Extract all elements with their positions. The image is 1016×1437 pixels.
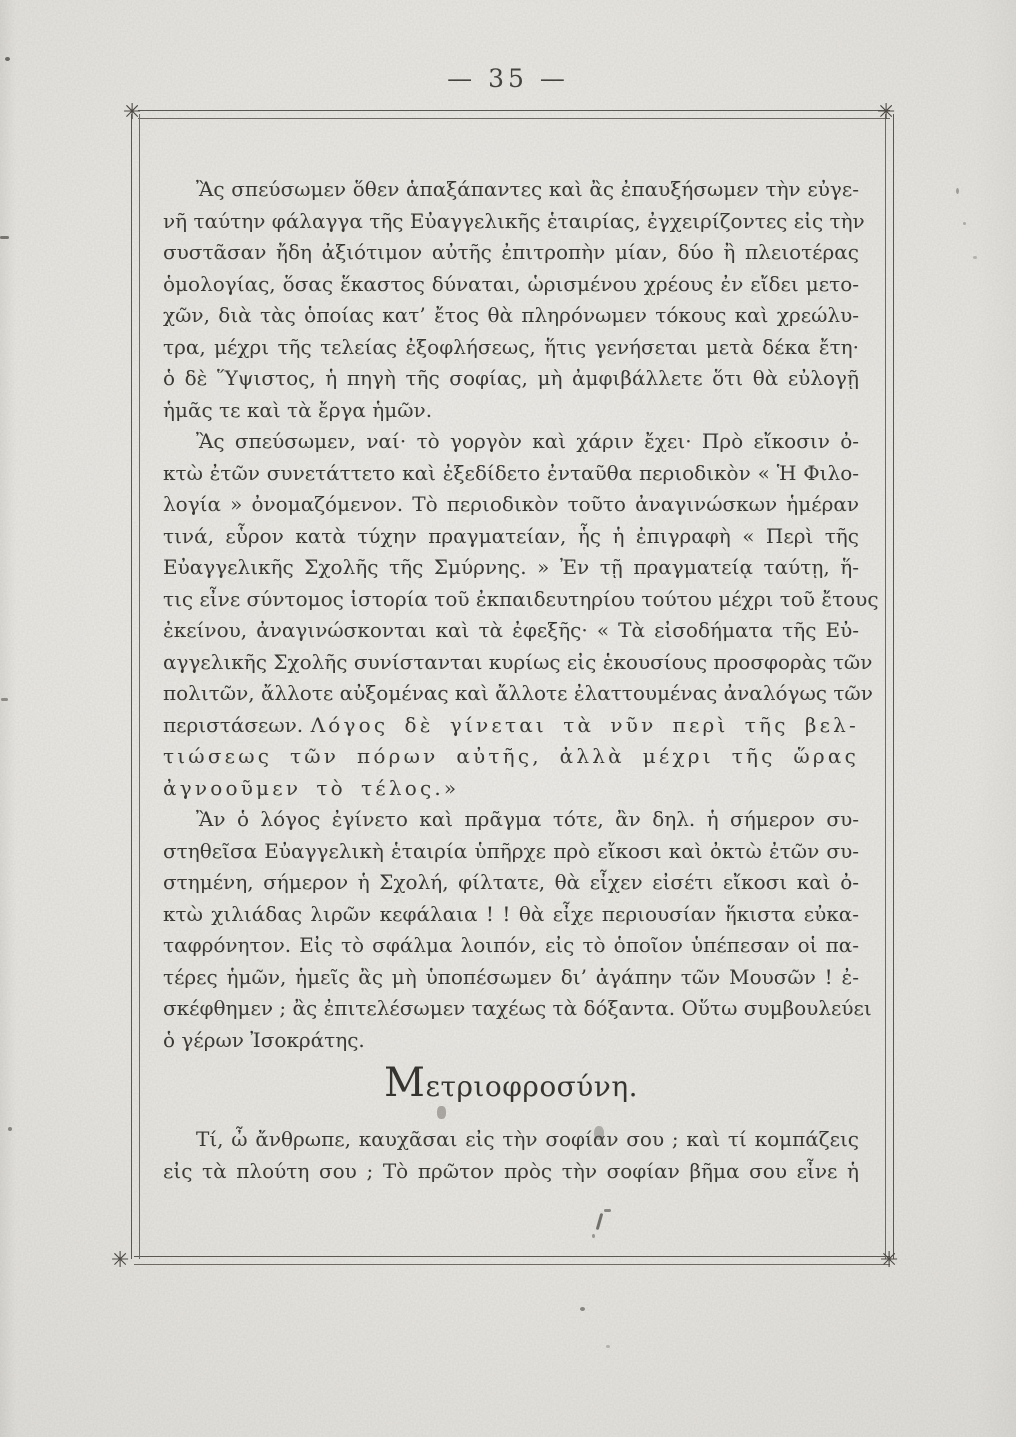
text-line: ἐκείνου, ἀναγινώσκονται καὶ τὰ ἐφεξῆς· «… bbox=[163, 615, 859, 647]
text-line: κτὼ χιλιάδας λιρῶν κεφάλαια ! ! θὰ εἶχε … bbox=[163, 899, 859, 931]
text-segment: Ἂς σπεύσωμεν, ναί· τὸ γοργὸν καὶ χάριν ἔ… bbox=[196, 429, 859, 453]
asterisk-ornament-icon: ✳ bbox=[877, 102, 895, 124]
text-line: στηθεῖσα Εὐαγγελικὴ ἑταιρία ὑπῆρχε πρὸ ε… bbox=[163, 836, 859, 868]
ink-speck bbox=[580, 1307, 585, 1311]
text-segment: ἡμᾶς τε καὶ τὰ ἔργα ἡμῶν. bbox=[163, 398, 432, 422]
text-segment: ὁ δὲ Ὕψιστος, ἡ πηγὴ τῆς σοφίας, μὴ ἀμφι… bbox=[163, 366, 859, 390]
text-line: Ἂν ὁ λόγος ἐγίνετο καὶ πρᾶγμα τότε, ἂν δ… bbox=[163, 804, 859, 836]
text-segment: τινά, εὗρον κατὰ τύχην πραγματείαν, ἧς ἡ… bbox=[163, 524, 859, 548]
asterisk-ornament-icon: ✳ bbox=[123, 102, 141, 124]
ink-speck bbox=[606, 1345, 610, 1348]
text-segment: χῶν, διὰ τὰς ὁποίας κατ’ ἔτος θὰ πληρόνω… bbox=[163, 303, 859, 327]
text-segment: στημένη, σήμερον ἡ Σχολή, φίλτατε, θὰ εἶ… bbox=[163, 870, 859, 894]
text-segment: κτὼ χιλιάδας λιρῶν κεφάλαια ! ! θὰ εἶχε … bbox=[163, 902, 859, 926]
text-segment: ὁμολογίας, ὅσας ἕκαστος δύναται, ὡρισμέν… bbox=[163, 272, 859, 296]
text-segment: λογία » ὀνομαζόμενον. Τὸ περιοδικὸν τοῦτ… bbox=[163, 492, 859, 516]
text-line: ταφρόνητον. Εἰς τὸ σφάλμα λοιπόν, εἰς τὸ… bbox=[163, 930, 859, 962]
text-line: στημένη, σήμερον ἡ Σχολή, φίλτατε, θὰ εἶ… bbox=[163, 867, 859, 899]
text-line: εἰς τὰ πλούτη σου ; Τὸ πρῶτον πρὸς τὴν σ… bbox=[163, 1156, 859, 1188]
text-segment: περιστάσεων. bbox=[163, 713, 311, 737]
text-segment: στηθεῖσα Εὐαγγελικὴ ἑταιρία ὑπῆρχε πρὸ ε… bbox=[163, 839, 859, 863]
text-line: αγγελικῆς Σχολῆς συνίστανται κυρίως εἰς … bbox=[163, 647, 859, 679]
text-line: ἡμᾶς τε καὶ τὰ ἔργα ἡμῶν. bbox=[163, 395, 859, 427]
text-line: πολιτῶν, ἄλλοτε αὐξομένας καὶ ἄλλοτε ἐλα… bbox=[163, 678, 859, 710]
section-heading: Μετριοφροσύνη. bbox=[163, 1060, 859, 1110]
border-right-rule bbox=[885, 114, 894, 1259]
text-segment: Ἂς σπεύσωμεν ὅθεν ἁπαξάπαντες καὶ ἂς ἐπα… bbox=[196, 177, 859, 201]
text-line: τέρες ἡμῶν, ἡμεῖς ἂς μὴ ὑποπέσωμεν δι’ ἀ… bbox=[163, 962, 859, 994]
text-line: κτὼ ἐτῶν συνετάττετο καὶ ἐξεδίδετο ἐνταῦ… bbox=[163, 458, 859, 490]
ink-smudge bbox=[596, 1213, 604, 1230]
text-line: Ἂς σπεύσωμεν, ναί· τὸ γοργὸν καὶ χάριν ἔ… bbox=[163, 426, 859, 458]
border-bottom-rule bbox=[134, 1256, 890, 1265]
text-segment: τις εἶνε σύντομος ἱστορία τοῦ ἐκπαιδευτη… bbox=[163, 587, 879, 611]
text-segment: νῆ ταύτην φάλαγγα τῆς Εὐαγγελικῆς ἑταιρί… bbox=[163, 209, 865, 233]
text-line: σκέφθημεν ; ἂς ἐπιτελέσωμεν ταχέως τὰ δό… bbox=[163, 993, 859, 1025]
text-segment: ἐκείνου, ἀναγινώσκονται καὶ τὰ ἐφεξῆς· «… bbox=[163, 618, 859, 642]
ink-speck bbox=[0, 236, 9, 239]
text-line: Εὐαγγελικῆς Σχολῆς τῆς Σμύρνης. » Ἐν τῇ … bbox=[163, 552, 859, 584]
text-line: νῆ ταύτην φάλαγγα τῆς Εὐαγγελικῆς ἑταιρί… bbox=[163, 206, 859, 238]
scanned-book-page: — 35 — ✳ ✳ ✳ ✳ Ἂς σπεύσωμεν ὅθεν ἁπαξάπα… bbox=[0, 0, 1016, 1437]
text-segment: Τί, ὦ ἄνθρωπε, καυχᾶσαι εἰς τὴν σοφίαν σ… bbox=[196, 1127, 859, 1151]
text-line: ὁ γέρων Ἰσοκράτης. bbox=[163, 1025, 859, 1057]
page-number: — 35 — bbox=[0, 64, 1016, 93]
text-line: τιώσεως τῶν πόρων αὐτῆς, ἀλλὰ μέχρι τῆς … bbox=[163, 741, 859, 773]
emphasized-text-segment: τιώσεως τῶν πόρων αὐτῆς, ἀλλὰ μέχρι τῆς … bbox=[163, 744, 859, 768]
text-segment: τέρες ἡμῶν, ἡμεῖς ἂς μὴ ὑποπέσωμεν δι’ ἀ… bbox=[163, 965, 859, 989]
text-line: τρα, μέχρι τῆς τελείας ἐξοφλήσεως, ἥτις … bbox=[163, 332, 859, 364]
text-segment: αγγελικῆς Σχολῆς συνίστανται κυρίως εἰς … bbox=[163, 650, 872, 674]
ink-speck bbox=[956, 188, 959, 194]
text-segment: κτὼ ἐτῶν συνετάττετο καὶ ἐξεδίδετο ἐνταῦ… bbox=[163, 461, 859, 485]
text-segment: συστᾶσαν ἤδη ἀξιότιμον αὐτῆς ἐπιτροπὴν μ… bbox=[163, 240, 859, 264]
ink-smudge bbox=[604, 1209, 611, 1212]
text-column: Ἂς σπεύσωμεν ὅθεν ἁπαξάπαντες καὶ ἂς ἐπα… bbox=[163, 174, 859, 1187]
text-line: περιστάσεων. Λόγος δὲ γίνεται τὰ νῦν περ… bbox=[163, 710, 859, 742]
ink-speck bbox=[592, 1234, 595, 1238]
border-left-rule bbox=[131, 114, 140, 1259]
text-segment: εἰς τὰ πλούτη σου ; Τὸ πρῶτον πρὸς τὴν σ… bbox=[163, 1159, 859, 1183]
emphasized-text-segment: Λόγος δὲ γίνεται τὰ νῦν περὶ τῆς βελ- bbox=[311, 713, 859, 737]
emphasized-text-segment: ἀγνοοῦμεν τὸ τέλος.» bbox=[163, 776, 459, 800]
text-line: Τί, ὦ ἄνθρωπε, καυχᾶσαι εἰς τὴν σοφίαν σ… bbox=[163, 1124, 859, 1156]
text-segment: τρα, μέχρι τῆς τελείας ἐξοφλήσεως, ἥτις … bbox=[163, 335, 859, 359]
text-line: ἀγνοοῦμεν τὸ τέλος.» bbox=[163, 773, 859, 805]
text-line: συστᾶσαν ἤδη ἀξιότιμον αὐτῆς ἐπιτροπὴν μ… bbox=[163, 237, 859, 269]
text-line: τις εἶνε σύντομος ἱστορία τοῦ ἐκπαιδευτη… bbox=[163, 584, 859, 616]
text-line: χῶν, διὰ τὰς ὁποίας κατ’ ἔτος θὰ πληρόνω… bbox=[163, 300, 859, 332]
ink-speck bbox=[1, 698, 8, 701]
text-line: ὁ δὲ Ὕψιστος, ἡ πηγὴ τῆς σοφίας, μὴ ἀμφι… bbox=[163, 363, 859, 395]
text-segment: σκέφθημεν ; ἂς ἐπιτελέσωμεν ταχέως τὰ δό… bbox=[163, 996, 872, 1020]
text-segment: πολιτῶν, ἄλλοτε αὐξομένας καὶ ἄλλοτε ἐλα… bbox=[163, 681, 873, 705]
ink-speck bbox=[973, 256, 977, 259]
text-line: λογία » ὀνομαζόμενον. Τὸ περιοδικὸν τοῦτ… bbox=[163, 489, 859, 521]
border-top-rule bbox=[138, 110, 890, 119]
text-segment: Εὐαγγελικῆς Σχολῆς τῆς Σμύρνης. » Ἐν τῇ … bbox=[163, 555, 859, 579]
text-line: τινά, εὗρον κατὰ τύχην πραγματείαν, ἧς ἡ… bbox=[163, 521, 859, 553]
ink-speck bbox=[5, 57, 10, 61]
text-segment: ταφρόνητον. Εἰς τὸ σφάλμα λοιπόν, εἰς τὸ… bbox=[163, 933, 859, 957]
ink-speck bbox=[8, 1127, 12, 1131]
text-segment: ὁ γέρων Ἰσοκράτης. bbox=[163, 1028, 365, 1052]
text-line: Ἂς σπεύσωμεν ὅθεν ἁπαξάπαντες καὶ ἂς ἐπα… bbox=[163, 174, 859, 206]
text-line: ὁμολογίας, ὅσας ἕκαστος δύναται, ὡρισμέν… bbox=[163, 269, 859, 301]
asterisk-ornament-icon: ✳ bbox=[880, 1250, 898, 1272]
text-segment: Ἂν ὁ λόγος ἐγίνετο καὶ πρᾶγμα τότε, ἂν δ… bbox=[196, 807, 859, 831]
ink-speck bbox=[963, 222, 966, 225]
asterisk-ornament-icon: ✳ bbox=[111, 1250, 129, 1272]
